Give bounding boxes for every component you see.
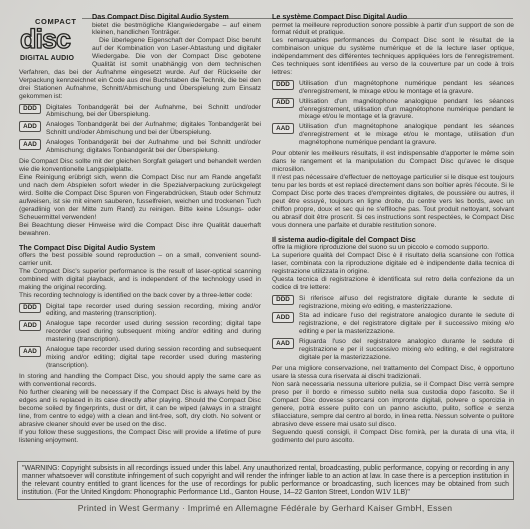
- german-paragraph: Die Compact Disc sollte mit der gleichen…: [19, 158, 261, 174]
- code-description: Utilisation d'un magnétophone analogique…: [299, 98, 514, 122]
- right-column: Le système Compact Disc Digital Audio pe…: [272, 13, 514, 459]
- italian-paragraph: Per una migliore conservazione, nel trat…: [272, 365, 514, 381]
- code-badge-aad: AAD: [272, 338, 294, 349]
- english-code-list: DDD Digital tape recorder used during se…: [19, 303, 261, 371]
- section-german: COMPACT disc DIGITAL AUDIO Das Compact D…: [19, 13, 261, 238]
- code-description: Sta ad indicare l'uso del registratore a…: [299, 312, 514, 336]
- french-paragraph: Il n'est pas nécessaire d'effectuer de n…: [272, 174, 514, 230]
- italian-code-list: DDD Si riferisce all'uso del registrator…: [272, 295, 514, 363]
- english-paragraph: No further cleaning will be necessary if…: [19, 389, 261, 429]
- english-paragraph: The Compact Disc's superior performance …: [19, 268, 261, 292]
- code-badge-add: ADD: [272, 312, 294, 323]
- printer-credit-line: Printed in West Germany · Imprimé en All…: [0, 503, 530, 513]
- french-paragraph: permet la meilleure reproduction sonore …: [272, 22, 514, 38]
- code-description: Riguarda l'uso del registratore analogic…: [299, 338, 514, 362]
- italian-paragraph: Questa tecnica di registrazione è identi…: [272, 276, 514, 292]
- code-badge-aad: AAD: [272, 123, 294, 134]
- code-row-aad: AAD Analogue tape recorder used during s…: [19, 346, 261, 370]
- logo-digital-audio-text: DIGITAL AUDIO: [20, 55, 75, 62]
- copyright-warning-box: "WARNING: Copyright subsists in all reco…: [17, 461, 514, 500]
- section-italian: Il sistema audio-digitale del Compact Di…: [272, 236, 514, 445]
- code-row-ddd: DDD Utilisation d'un magnétophone numéri…: [272, 80, 514, 96]
- french-code-list: DDD Utilisation d'un magnétophone numéri…: [272, 80, 514, 148]
- italian-paragraph: La superiore qualità del Compact Disc è …: [272, 252, 514, 276]
- code-description: Analogue tape recorder used during sessi…: [46, 346, 261, 370]
- italian-paragraph: Non sarà necessaria nessuna ulteriore pu…: [272, 381, 514, 429]
- english-paragraph: This recording technology is identified …: [19, 292, 261, 300]
- code-description: Utilisation d'un magnétophone analogique…: [299, 123, 514, 147]
- code-badge-ddd: DDD: [272, 295, 294, 306]
- code-badge-aad: AAD: [19, 346, 41, 357]
- logo-disc-text: disc: [20, 24, 71, 54]
- english-paragraph: In storing and handling the Compact Disc…: [19, 373, 261, 389]
- code-description: Si riferisce all'uso del registratore di…: [299, 295, 514, 311]
- text-columns: COMPACT disc DIGITAL AUDIO Das Compact D…: [19, 13, 514, 459]
- code-description: Analogue tape recorder used during sessi…: [46, 320, 261, 344]
- code-description: Utilisation d'un magnétophone numérique …: [299, 80, 514, 96]
- left-column: COMPACT disc DIGITAL AUDIO Das Compact D…: [19, 13, 261, 459]
- code-description: Digitales Tonbandgerät bei der Aufnahme,…: [46, 104, 261, 120]
- code-description: Analoges Tonbandgerät bei der Aufnahme; …: [46, 121, 261, 137]
- italian-heading: Il sistema audio-digitale del Compact Di…: [272, 236, 514, 245]
- code-row-aad: AAD Utilisation d'un magnétophone analog…: [272, 123, 514, 147]
- italian-paragraph: offre la migliore riproduzione del suono…: [272, 244, 514, 252]
- english-paragraph: offers the best possible sound reproduct…: [19, 252, 261, 268]
- code-row-aad: AAD Analoges Tonbandgerät bei der Aufnah…: [19, 139, 261, 155]
- french-paragraph: Pour obtenir les meilleurs résultats, il…: [272, 150, 514, 174]
- italian-paragraph: Seguendo questi consigli, il Compact Dis…: [272, 429, 514, 445]
- code-row-ddd: DDD Digital tape recorder used during se…: [19, 303, 261, 319]
- cd-logo-graphic: COMPACT disc DIGITAL AUDIO: [19, 15, 85, 63]
- booklet-page: COMPACT disc DIGITAL AUDIO Das Compact D…: [0, 0, 530, 529]
- code-badge-ddd: DDD: [272, 80, 294, 91]
- code-description: Analoges Tonbandgerät bei der Aufnahme u…: [46, 139, 261, 155]
- code-badge-add: ADD: [19, 121, 41, 132]
- code-row-ddd: DDD Digitales Tonbandgerät bei der Aufna…: [19, 104, 261, 120]
- german-paragraph: Eine Reinigung erübrigt sich, wenn die C…: [19, 174, 261, 222]
- code-badge-ddd: DDD: [19, 104, 41, 115]
- code-row-aad: AAD Riguarda l'uso del registratore anal…: [272, 338, 514, 362]
- code-description: Digital tape recorder used during sessio…: [46, 303, 261, 319]
- section-english: The Compact Disc Digital Audio System of…: [19, 244, 261, 445]
- code-row-ddd: DDD Si riferisce all'uso del registrator…: [272, 295, 514, 311]
- code-badge-ddd: DDD: [19, 303, 41, 314]
- french-paragraph: Les remarquables performances du Compact…: [272, 37, 514, 77]
- english-paragraph: If you follow these suggestions, the Com…: [19, 429, 261, 445]
- german-paragraph: Bei Beachtung dieser Hinweise wird die C…: [19, 222, 261, 238]
- code-badge-aad: AAD: [19, 139, 41, 150]
- code-badge-add: ADD: [19, 320, 41, 331]
- compact-disc-digital-audio-logo: COMPACT disc DIGITAL AUDIO: [19, 15, 85, 63]
- code-row-add: ADD Analogue tape recorder used during s…: [19, 320, 261, 344]
- code-row-add: ADD Sta ad indicare l'uso del registrato…: [272, 312, 514, 336]
- section-french: Le système Compact Disc Digital Audio pe…: [272, 13, 514, 230]
- code-row-add: ADD Analoges Tonbandgerät bei der Aufnah…: [19, 121, 261, 137]
- german-code-list: DDD Digitales Tonbandgerät bei der Aufna…: [19, 104, 261, 156]
- english-heading: The Compact Disc Digital Audio System: [19, 244, 261, 253]
- code-row-add: ADD Utilisation d'un magnétophone analog…: [272, 98, 514, 122]
- code-badge-add: ADD: [272, 98, 294, 109]
- french-heading: Le système Compact Disc Digital Audio: [272, 13, 514, 22]
